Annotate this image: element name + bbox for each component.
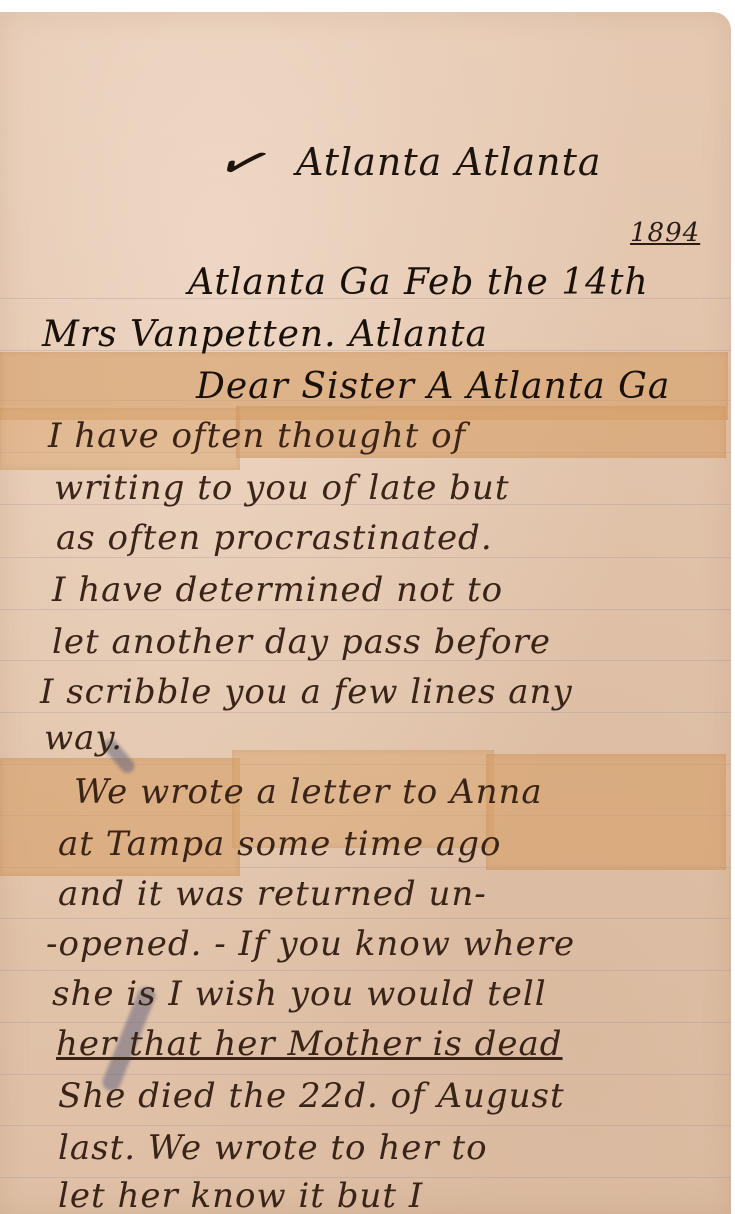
body-line: her that her Mother is dead [56,1024,563,1064]
body-line: at Tampa some time ago [58,824,501,864]
letter-page: ✓ Atlanta Atlanta 1894 Atlanta Ga Feb th… [0,12,731,1214]
body-line: writing to you of late but [54,468,509,508]
check-mark: ✓ [209,125,272,199]
body-line: We wrote a letter to Anna [74,772,543,812]
body-line: as often procrastinated. [56,518,493,558]
body-line: She died the 22d. of August [58,1076,565,1116]
ruled-line [0,712,731,713]
body-line: she is I wish you would tell [52,974,547,1014]
body-line: I scribble you a few lines any [40,672,573,712]
body-line: last. We wrote to her to [58,1128,488,1168]
addressee: Mrs Vanpetten. Atlanta [42,314,488,355]
docket-year: 1894 [630,218,700,248]
body-line: and it was returned un- [58,874,487,914]
body-line: let another day pass before [52,622,551,662]
docket-notation: Atlanta Atlanta [296,140,602,184]
body-line: I have determined not to [52,570,503,610]
ruled-line [0,970,731,971]
ruled-line [0,1125,731,1126]
body-line: way. [44,718,123,758]
body-line: -opened. - If you know where [46,924,575,964]
place-date: Atlanta Ga Feb the 14th [188,262,649,303]
body-line: let her know it but I [58,1176,423,1214]
ruled-line [0,918,731,919]
salutation: Dear Sister A Atlanta Ga [196,366,670,407]
ruled-line [0,1022,731,1023]
body-line: I have often thought of [48,416,466,456]
